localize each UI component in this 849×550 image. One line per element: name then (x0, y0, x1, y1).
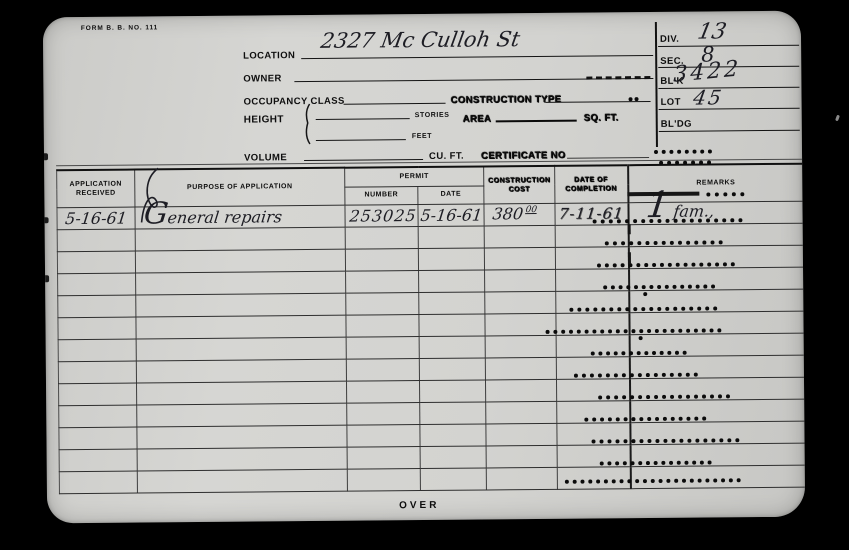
header-permit-number: NUMBER (345, 186, 418, 205)
height-brace (303, 103, 313, 145)
scan-speckle (629, 97, 639, 101)
div-value: 13 (695, 19, 728, 44)
entry-cost: 38000 (486, 205, 554, 222)
scanned-photo-background: FORM B. B. NO. 111 LOCATION 2327 Mc Cull… (0, 0, 849, 550)
stories-underline (316, 105, 410, 120)
owner-label: OWNER (243, 73, 282, 84)
stories-label: STORIES (415, 112, 450, 119)
scan-artifact-tick (45, 217, 49, 223)
blk-value: 3422 (673, 56, 742, 88)
scan-artifact-dot (835, 115, 840, 122)
certificate-underline (567, 144, 649, 159)
scan-speckles-layer (43, 11, 801, 18)
header-permit: PERMIT (345, 166, 484, 186)
header-permit-date: DATE (418, 185, 484, 204)
header-date-of-completion: DATE OF COMPLETION (555, 165, 628, 203)
scan-speckle (586, 76, 650, 80)
lot-value: 45 (692, 85, 725, 109)
permit-record-card: FORM B. B. NO. 111 LOCATION 2327 Mc Cull… (43, 11, 805, 524)
bldg-underline (659, 130, 800, 132)
location-value: 2327 Mc Culloh St (319, 27, 522, 53)
certificate-label: CERTIFICATE NO (481, 150, 566, 162)
over-label: OVER (399, 500, 439, 511)
bldg-label: BL'DG (661, 119, 692, 130)
form-number: FORM B. B. NO. 111 (81, 24, 158, 32)
location-label: LOCATION (243, 50, 295, 61)
scan-speckle (659, 160, 711, 164)
scan-artifact-tick (45, 275, 49, 282)
scan-speckle (627, 192, 699, 197)
header-construction-cost: CONSTRUCTION COST (484, 166, 555, 204)
scan-speckle (628, 224, 631, 234)
feet-label: FEET (412, 133, 432, 140)
header-application-received: APPLICATION RECEIVED (57, 170, 135, 208)
scan-speckle (654, 149, 712, 154)
area-unit-label: SQ. FT. (584, 112, 619, 123)
entry-cost-cents: 00 (525, 205, 538, 215)
lot-underline (659, 108, 800, 110)
volume-label: VOLUME (244, 152, 287, 163)
div-label: DIV. (660, 34, 679, 45)
scan-speckle (628, 252, 631, 264)
entry-permit-number: 253025 (347, 208, 417, 225)
entry-purpose: General repairs (137, 208, 344, 226)
scan-speckle (643, 292, 649, 296)
handwriting-flourish (136, 166, 165, 226)
parcel-box-border (655, 22, 658, 147)
area-label: AREA (463, 113, 492, 124)
scan-speckle (591, 351, 687, 356)
entry-permit-date: 5-16-61 (420, 207, 483, 224)
feet-underline (316, 126, 406, 141)
height-label: HEIGHT (244, 114, 284, 125)
scan-speckle (706, 192, 744, 196)
entry-remarks: 1 fam., (630, 202, 802, 220)
volume-unit-label: CU. FT. (429, 151, 464, 162)
scan-artifact-tick (44, 153, 48, 160)
area-underline (496, 108, 577, 123)
entry-received: 5-16-61 (59, 210, 134, 227)
occupancy-class-underline (343, 90, 445, 105)
scan-speckle (639, 336, 645, 340)
volume-underline (304, 146, 423, 161)
owner-underline (294, 65, 653, 82)
div-underline (658, 45, 799, 47)
lot-label: LOT (661, 97, 681, 108)
